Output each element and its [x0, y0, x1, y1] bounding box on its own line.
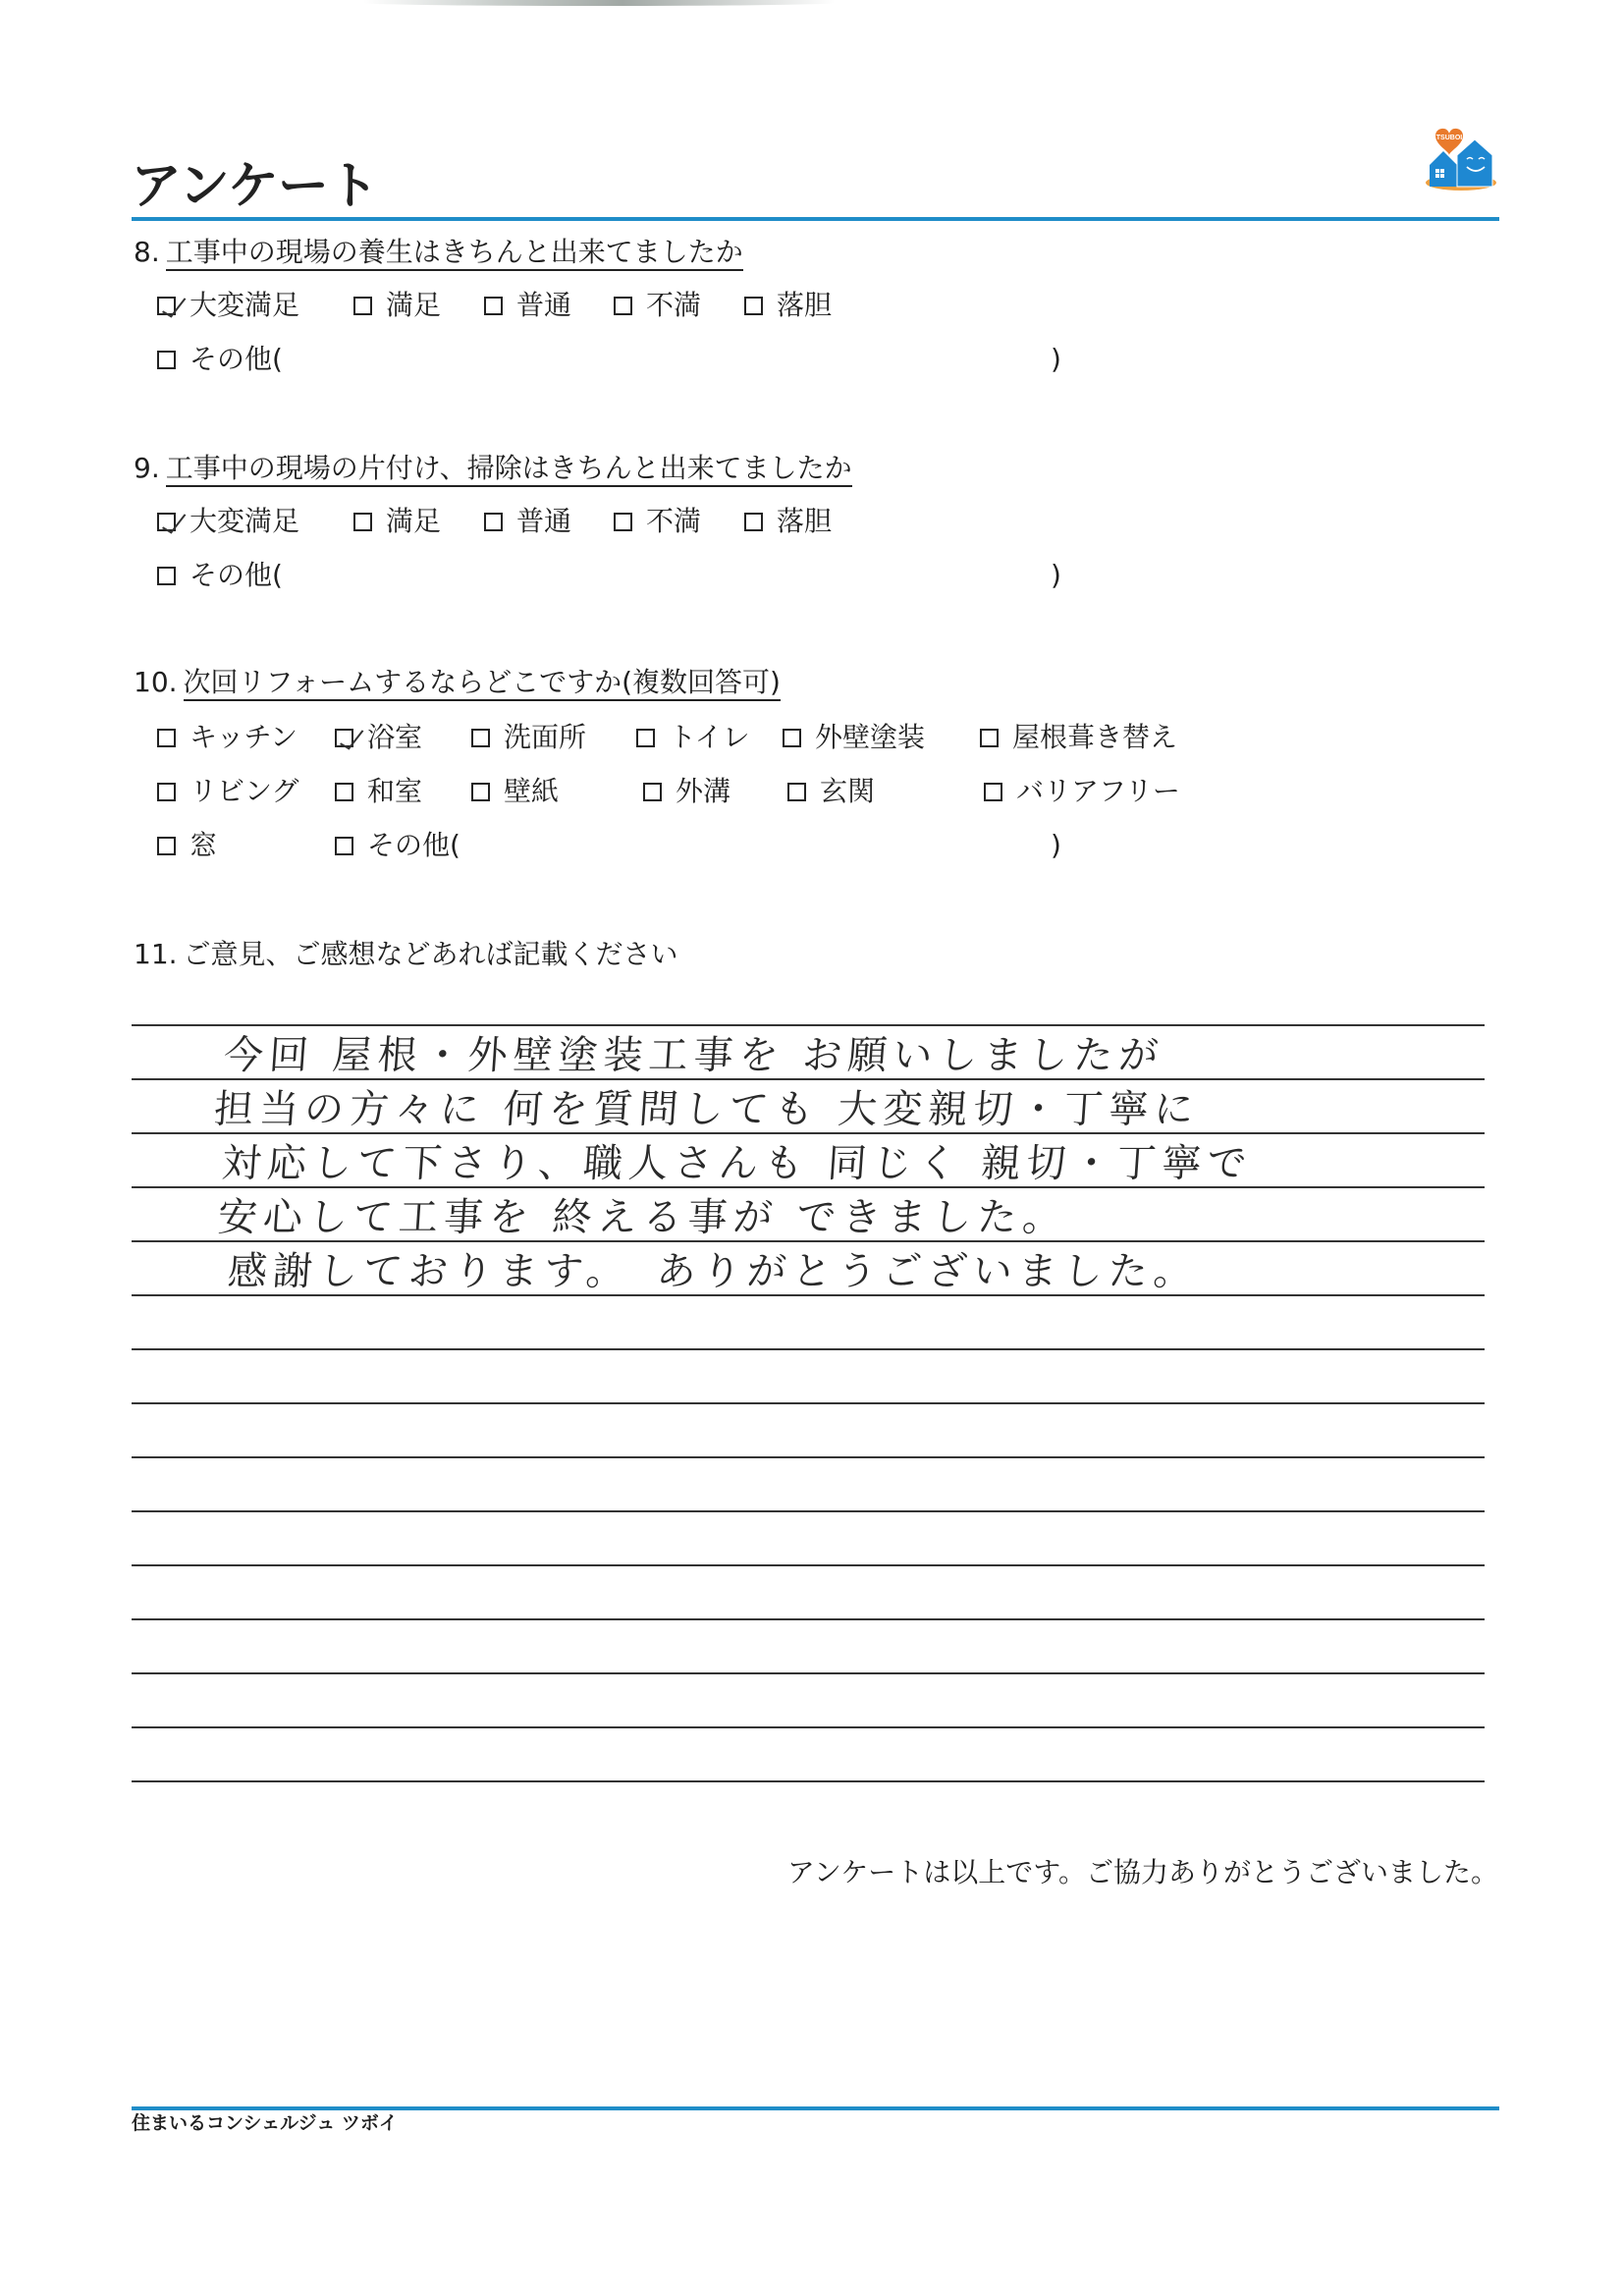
ruled-line — [132, 1402, 1485, 1404]
checkbox-icon[interactable] — [984, 783, 1002, 801]
q10-option-japanese-room[interactable]: 和室 — [335, 775, 422, 808]
svg-text:TSUBOI: TSUBOI — [1436, 135, 1463, 141]
scan-artifact — [363, 0, 835, 6]
checkbox-checked-icon[interactable] — [157, 513, 176, 531]
q10-option-toilet[interactable]: トイレ — [636, 721, 750, 754]
q10-option-other[interactable]: その他( — [335, 829, 460, 862]
q10-option-living[interactable]: リビング — [157, 775, 298, 808]
checkbox-icon[interactable] — [744, 513, 763, 531]
q9-option-very-satisfied[interactable]: 大変満足 — [157, 505, 299, 538]
checkbox-icon[interactable] — [980, 729, 999, 747]
q9-other-close-paren: ) — [1051, 559, 1061, 592]
q8-option-very-satisfied[interactable]: 大変満足 — [157, 289, 299, 322]
checkbox-icon[interactable] — [744, 297, 763, 315]
checkbox-icon[interactable] — [157, 837, 176, 855]
question-9: 9.工事中の現場の片付け、掃除はきちんと出来てましたか — [134, 452, 852, 485]
checkbox-icon[interactable] — [787, 783, 806, 801]
ruled-line — [132, 1618, 1485, 1620]
q9-option-satisfied[interactable]: 満足 — [353, 505, 441, 538]
house-logo-icon: TSUBOI — [1422, 126, 1500, 194]
ruled-line — [132, 1672, 1485, 1674]
q10-option-washroom[interactable]: 洗面所 — [471, 721, 586, 754]
company-name: 住まいるコンシェルジュ ツボイ — [132, 2111, 398, 2135]
checkbox-icon[interactable] — [636, 729, 655, 747]
ruled-line — [132, 1132, 1485, 1134]
question-8: 8.工事中の現場の養生はきちんと出来てましたか — [134, 236, 743, 269]
checkbox-checked-icon[interactable] — [157, 297, 176, 315]
ruled-line — [132, 1780, 1485, 1782]
handwritten-answer-line: 感謝しております。 ありがとうございました。 — [226, 1249, 1200, 1294]
footer-divider — [132, 2106, 1499, 2110]
question-11: 11.ご意見、ご感想などあれば記載ください — [134, 938, 678, 971]
handwritten-answer-line: 担当の方々に 何を質問しても 大変親切・丁寧に — [212, 1087, 1201, 1132]
q8-other-close-paren: ) — [1051, 343, 1061, 376]
q10-option-exterior-painting[interactable]: 外壁塗装 — [783, 721, 925, 754]
q10-option-window[interactable]: 窓 — [157, 829, 217, 862]
ruled-line — [132, 1078, 1485, 1080]
q10-option-exterior-works[interactable]: 外溝 — [643, 775, 730, 808]
checkbox-icon[interactable] — [335, 783, 353, 801]
q8-option-other[interactable]: その他( — [157, 343, 283, 376]
checkbox-icon[interactable] — [157, 567, 176, 585]
checkbox-icon[interactable] — [484, 297, 503, 315]
checkbox-icon[interactable] — [157, 729, 176, 747]
page-title: アンケート — [131, 157, 378, 216]
closing-message: アンケートは以上です。ご協力ありがとうございました。 — [787, 1856, 1498, 1889]
q10-option-entrance[interactable]: 玄関 — [787, 775, 875, 808]
question-10-text: 次回リフォームするならどこですか(複数回答可) — [184, 666, 781, 701]
checkbox-icon[interactable] — [353, 297, 372, 315]
checkbox-icon[interactable] — [614, 297, 632, 315]
checkbox-icon[interactable] — [335, 837, 353, 855]
checkbox-checked-icon[interactable] — [335, 729, 353, 747]
ruled-line — [132, 1024, 1485, 1026]
q8-option-neutral[interactable]: 普通 — [484, 289, 571, 322]
ruled-line — [132, 1564, 1485, 1566]
question-11-text: ご意見、ご感想などあれば記載ください — [184, 938, 678, 971]
checkbox-icon[interactable] — [783, 729, 801, 747]
ruled-line — [132, 1348, 1485, 1350]
q10-option-roof-replacement[interactable]: 屋根葺き替え — [980, 721, 1177, 754]
ruled-line — [132, 1186, 1485, 1188]
q10-other-close-paren: ) — [1051, 829, 1061, 862]
ruled-line — [132, 1726, 1485, 1728]
q9-option-dissatisfied[interactable]: 不満 — [614, 505, 701, 538]
ruled-line — [132, 1240, 1485, 1242]
q9-option-disappointed[interactable]: 落胆 — [744, 505, 832, 538]
ruled-line — [132, 1510, 1485, 1512]
q8-option-dissatisfied[interactable]: 不満 — [614, 289, 701, 322]
q9-option-other[interactable]: その他( — [157, 559, 283, 592]
q10-option-bathroom[interactable]: 浴室 — [335, 721, 422, 754]
checkbox-icon[interactable] — [157, 783, 176, 801]
q8-option-satisfied[interactable]: 満足 — [353, 289, 441, 322]
checkbox-icon[interactable] — [471, 783, 490, 801]
checkbox-icon[interactable] — [643, 783, 662, 801]
checkbox-icon[interactable] — [353, 513, 372, 531]
checkbox-icon[interactable] — [157, 351, 176, 369]
question-9-text: 工事中の現場の片付け、掃除はきちんと出来てましたか — [166, 452, 852, 487]
handwritten-answer-line: 対応して下さり、職人さんも 同じく 親切・丁寧で — [220, 1141, 1254, 1186]
q10-option-wallpaper[interactable]: 壁紙 — [471, 775, 559, 808]
handwritten-answer-line: 今回 屋根・外壁塗装工事を お願いしましたが — [222, 1033, 1165, 1078]
q10-option-barrier-free[interactable]: バリアフリー — [984, 775, 1180, 808]
question-10: 10.次回リフォームするならどこですか(複数回答可) — [134, 666, 781, 699]
checkbox-icon[interactable] — [471, 729, 490, 747]
handwritten-answer-line: 安心して工事を 終える事が できました。 — [216, 1195, 1069, 1240]
question-8-text: 工事中の現場の養生はきちんと出来てましたか — [166, 236, 743, 271]
checkbox-icon[interactable] — [614, 513, 632, 531]
ruled-line — [132, 1456, 1485, 1458]
q9-option-neutral[interactable]: 普通 — [484, 505, 571, 538]
ruled-line — [132, 1294, 1485, 1296]
q10-option-kitchen[interactable]: キッチン — [157, 721, 298, 754]
checkbox-icon[interactable] — [484, 513, 503, 531]
header-divider — [132, 217, 1499, 221]
q8-option-disappointed[interactable]: 落胆 — [744, 289, 832, 322]
